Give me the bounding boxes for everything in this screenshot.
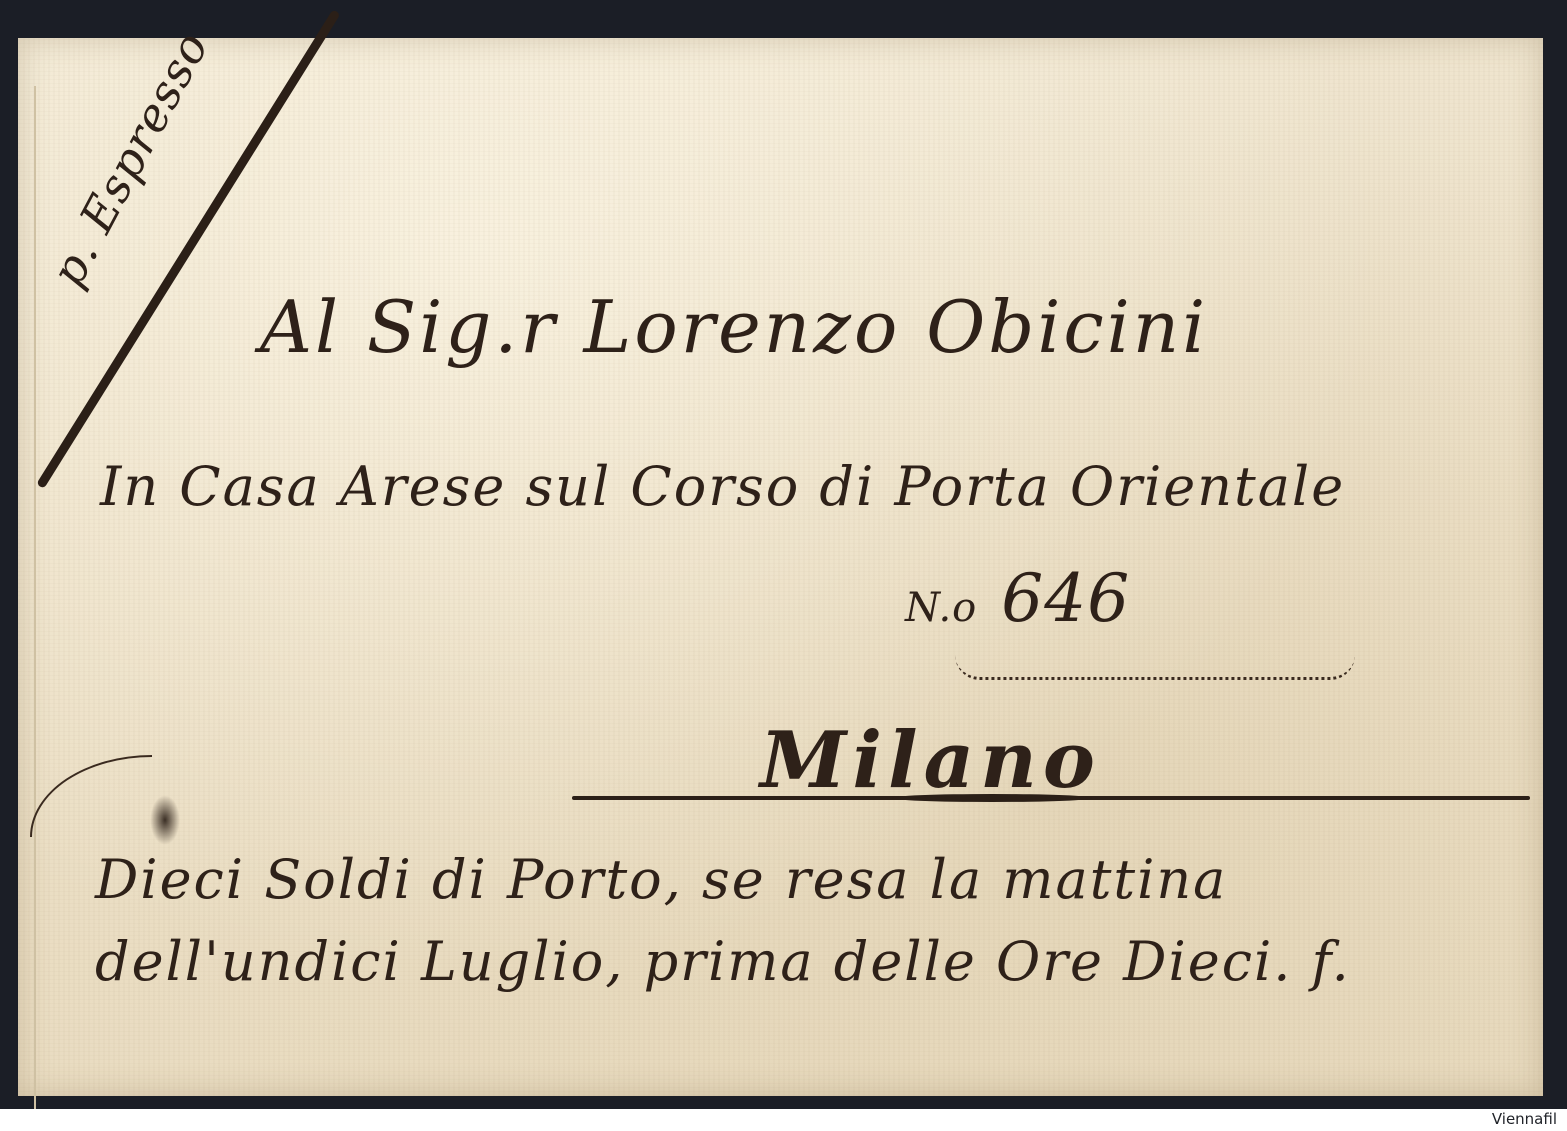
- address-street: In Casa Arese sul Corso di Porta Orienta…: [100, 455, 1345, 518]
- postage-note-line-1: Dieci Soldi di Porto, se resa la mattina: [95, 848, 1227, 911]
- number-value: 646: [1001, 560, 1130, 637]
- postage-note-line-2: dell'undici Luglio, prima delle Ore Diec…: [95, 930, 1351, 993]
- ink-blot: [150, 795, 180, 845]
- house-number: N.o646: [905, 560, 1130, 637]
- image-frame: p. Espresso Al Sig.r Lorenzo Obicini In …: [0, 0, 1567, 1131]
- decorative-squiggle: [955, 655, 1355, 680]
- city-underline: [572, 796, 1530, 800]
- watermark-bar: [0, 1109, 1567, 1131]
- watermark-text: Viennafil: [1488, 1110, 1561, 1128]
- number-prefix: N.o: [905, 585, 977, 631]
- paper-fold-edge: [34, 86, 36, 1126]
- address-city: Milano: [760, 715, 1101, 806]
- addressee-name: Al Sig.r Lorenzo Obicini: [260, 285, 1208, 369]
